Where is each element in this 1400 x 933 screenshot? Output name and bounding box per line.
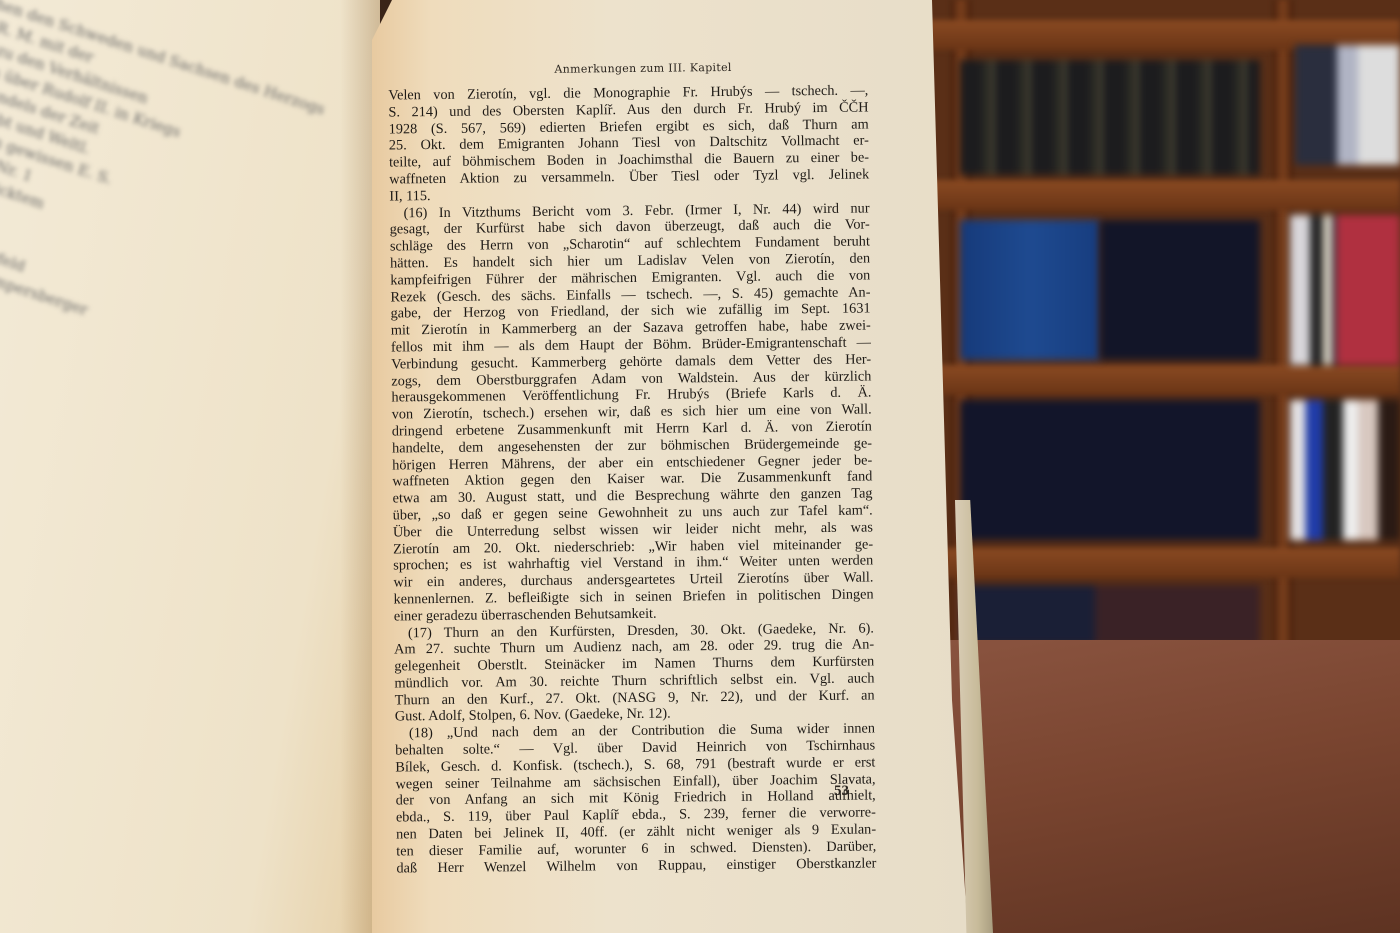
shelf-plank	[900, 180, 1400, 210]
page-number: 53	[834, 783, 849, 800]
book-row-colored	[1290, 400, 1400, 540]
left-page-blurred-text: zwischen den Schweden und Sachsen des He…	[0, 0, 359, 382]
background-bookshelf	[900, 0, 1400, 660]
shelf-plank	[900, 365, 1400, 395]
book-row-red	[1290, 215, 1400, 365]
book-row-blue	[960, 220, 1100, 360]
book-row-mixed	[960, 585, 1260, 645]
page-text-block: Anmerkungen zum III. Kapitel Velen von Z…	[388, 59, 876, 876]
book-row-dark	[960, 60, 1260, 175]
book-row-light	[1295, 45, 1400, 165]
shelf-plank	[900, 548, 1400, 578]
book-row-navy	[1100, 220, 1260, 360]
footnotes-body: Velen von Zierotín, vgl. die Monographie…	[388, 82, 876, 876]
left-page: zwischen den Schweden und Sachsen des He…	[0, 0, 380, 933]
book-row-navy	[960, 400, 1260, 540]
